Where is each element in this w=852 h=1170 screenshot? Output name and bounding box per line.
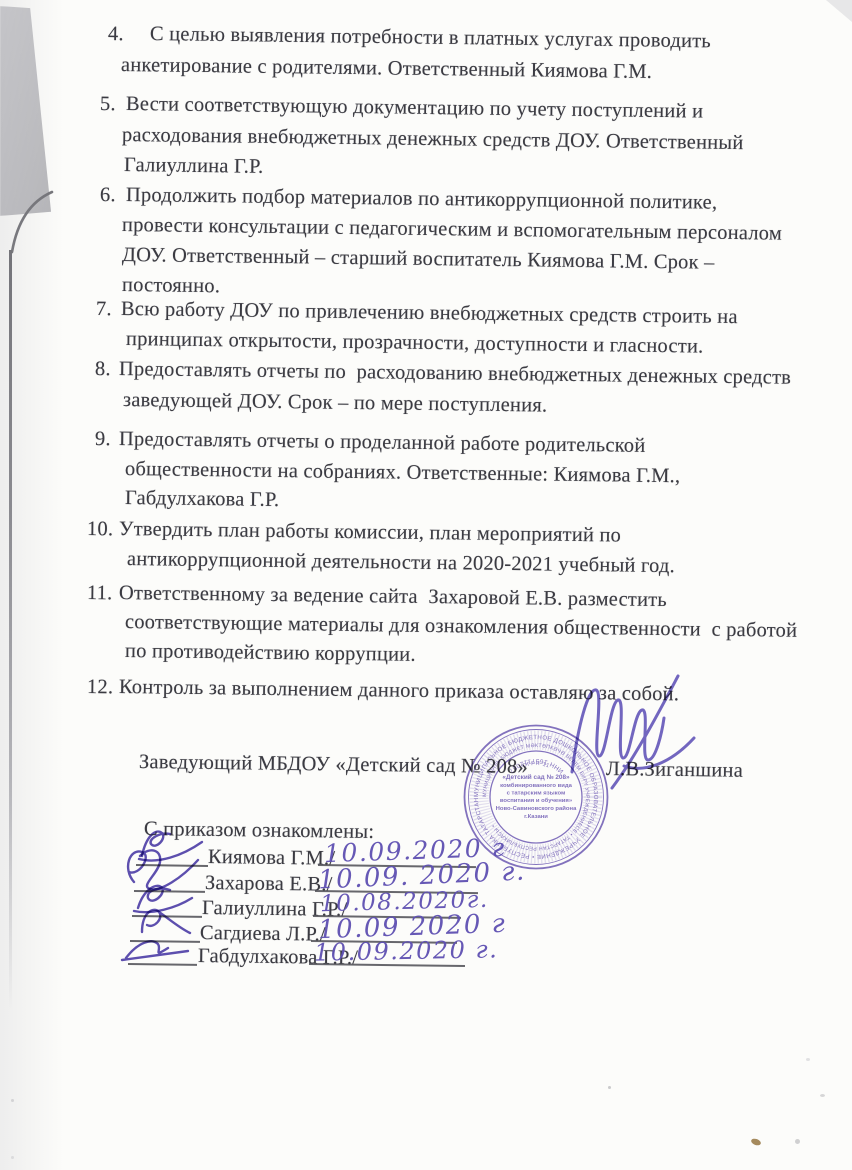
handwritten-date: 10.09.2020 г.	[314, 935, 499, 966]
order-item-line: антикоррупционной деятельности на 2020-2…	[127, 547, 675, 578]
order-item-line: Продолжить подбор материалов по антикорр…	[126, 183, 718, 215]
order-item-line: заведующей ДОУ. Срок – по мере поступлен…	[123, 388, 548, 418]
signatory-name: Сагдиева Л.Р./	[200, 921, 326, 947]
order-item-number: 8.	[95, 357, 111, 381]
order-item-line: общественности на собраниях. Ответственн…	[125, 457, 681, 488]
order-item-number: 5.	[100, 92, 116, 116]
order-item-line: принципах открытости, прозрачности, дост…	[126, 327, 704, 359]
scan-speck	[820, 1094, 825, 1097]
svg-text:с татарским языком: с татарским языком	[507, 791, 566, 797]
order-item-number: 10.	[87, 517, 114, 541]
scan-corner-shadow	[826, 0, 852, 22]
scan-speck	[608, 1086, 611, 1089]
order-item-line: анкетирование с родителями. Ответственны…	[121, 53, 652, 84]
order-item-line: соответствующие материалы для ознакомлен…	[125, 610, 798, 643]
order-item-number: 9.	[95, 427, 111, 451]
director-signature-scribble	[558, 668, 708, 813]
svg-text:г.Казани: г.Казани	[524, 814, 548, 820]
order-item-line: ДОУ. Ответственный – старший воспитатель…	[122, 243, 715, 275]
order-item-line: постоянно.	[122, 273, 220, 298]
order-item-line: по противодействию коррупции.	[125, 639, 416, 667]
order-item-line: Предоставлять отчеты о проделанной работ…	[119, 427, 646, 458]
order-item-number: 4.	[108, 22, 124, 46]
order-item-line: С целью выявления потребности в платных …	[150, 22, 711, 53]
order-item-line: Галиуллина Г.Р.	[124, 153, 264, 179]
signatory-name: Захарова Е.В./	[205, 871, 333, 897]
order-item-line: Габдулхакова Г.Р.	[125, 486, 280, 512]
order-item-line: Вести соответствующую документацию по уч…	[126, 92, 704, 124]
scan-edge-line	[9, 250, 12, 1010]
order-item-line: Предоставлять отчеты по расходованию вне…	[119, 357, 791, 390]
signatory-name: Киямова Г.М./	[208, 845, 336, 871]
order-item-number: 6.	[100, 183, 116, 207]
order-item-line: Ответственному за ведение сайта Захарово…	[119, 581, 667, 612]
order-item-line: провести консультации с педагогическим и…	[122, 213, 782, 246]
scan-speck	[11, 1156, 14, 1159]
scan-speck	[750, 1137, 761, 1146]
scan-speck	[11, 1099, 14, 1102]
document-scan: 4. С целью выявления потребности в платн…	[0, 0, 852, 1170]
order-item-line: Утвердить план работы комиссии, план мер…	[119, 517, 621, 548]
order-item-line: Всю работу ДОУ по привлечению внебюджетн…	[121, 297, 738, 329]
order-item-number: 11.	[87, 581, 113, 605]
scan-speck	[806, 1058, 810, 1061]
order-item-number: 7.	[96, 297, 112, 321]
order-item-number: 12.	[87, 675, 114, 699]
scan-speck	[795, 1139, 800, 1144]
order-item-line: расходования внебюджетных денежных средс…	[122, 123, 744, 155]
